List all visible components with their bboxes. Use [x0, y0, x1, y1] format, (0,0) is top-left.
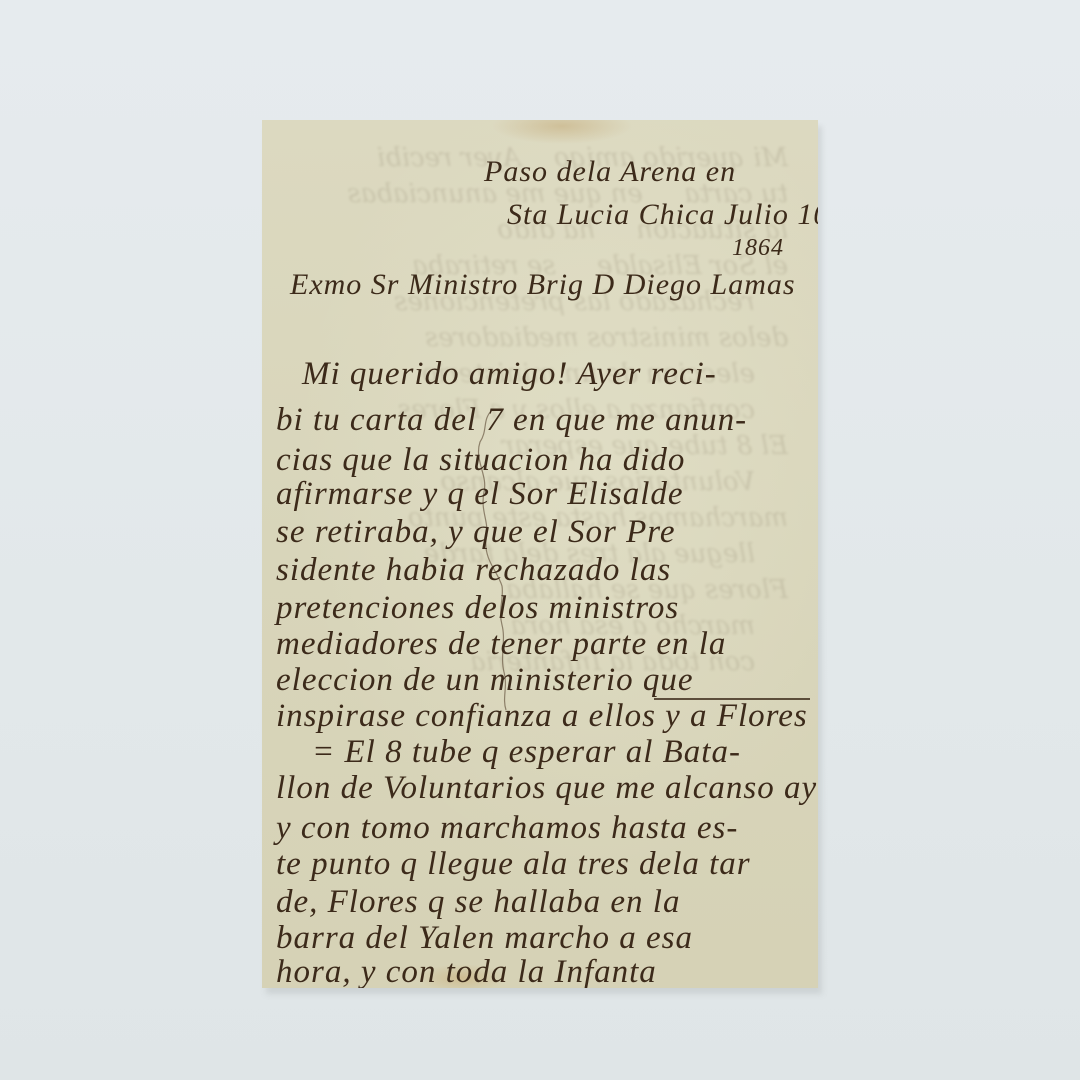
underline-mark — [654, 698, 810, 700]
body-line: y con tomo marchamos hasta es- — [276, 810, 738, 847]
body-line: Mi querido amigo! Ayer reci- — [302, 356, 717, 393]
letter-page: Mi querido amigo Ayer recibi tu carta en… — [262, 120, 818, 988]
date-place-line-1: Paso dela Arena en — [484, 155, 736, 189]
date-place-line-3: 1864 — [732, 235, 784, 262]
body-line: te punto q llegue ala tres dela tar — [276, 846, 751, 883]
body-line: eleccion de un ministerio que — [276, 662, 694, 699]
body-line: bi tu carta del 7 en que me anun- — [276, 402, 747, 439]
body-line: hora, y con toda la Infanta — [276, 954, 657, 988]
body-line: de, Flores q se hallaba en la — [276, 884, 680, 921]
body-line: = El 8 tube q esperar al Bata- — [312, 734, 741, 771]
body-line: barra del Yalen marcho a esa — [276, 920, 693, 957]
body-line: cias que la situacion ha dido — [276, 442, 685, 479]
body-line: mediadores de tener parte en la — [276, 626, 726, 663]
body-line: se retiraba, y que el Sor Pre — [276, 514, 676, 551]
body-line: sidente habia rechazado las — [276, 552, 671, 589]
body-line: pretenciones delos ministros — [276, 590, 679, 627]
body-line: inspirase confianza a ellos y a Flores — [276, 698, 808, 735]
addressee-line: Exmo Sr Ministro Brig D Diego Lamas — [290, 268, 796, 302]
date-place-line-2: Sta Lucia Chica Julio 10/ — [507, 198, 818, 232]
body-line: afirmarse y q el Sor Elisalde — [276, 476, 684, 513]
body-line: llon de Voluntarios que me alcanso ayer — [276, 770, 818, 807]
